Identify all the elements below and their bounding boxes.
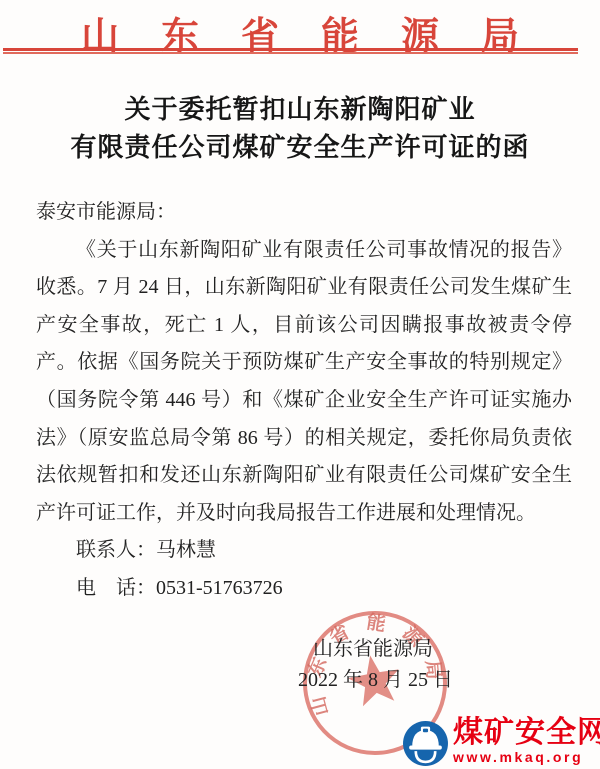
contact-phone-line: 电 话：0531-51763726	[36, 570, 572, 608]
watermark-site-name: 煤矿安全网	[453, 717, 600, 749]
signature-org-name: 山东省能源局	[313, 632, 433, 661]
document-page: 山东省能源局 关于委托暂扣山东新陶阳矿业 有限责任公司煤矿安全生产许可证的函 泰…	[0, 0, 600, 769]
document-title-line2: 有限责任公司煤矿安全生产许可证的函	[0, 129, 600, 167]
site-watermark: 煤矿安全网 www.mkaq.org	[402, 717, 600, 767]
salutation: 泰安市能源局：	[36, 194, 572, 232]
signature-date: 2022 年 8 月 25 日	[298, 663, 453, 692]
watermark-site-url: www.mkaq.org	[453, 749, 600, 766]
watermark-text: 煤矿安全网 www.mkaq.org	[453, 717, 600, 766]
letterhead-rule	[3, 48, 578, 54]
body-paragraph: 《关于山东新陶阳矿业有限责任公司事故情况的报告》收悉。7 月 24 日，山东新陶…	[36, 232, 572, 533]
document-body: 泰安市能源局： 《关于山东新陶阳矿业有限责任公司事故情况的报告》收悉。7 月 2…	[36, 194, 572, 608]
miner-helmet-icon	[402, 720, 449, 767]
document-title: 关于委托暂扣山东新陶阳矿业 有限责任公司煤矿安全生产许可证的函	[0, 91, 600, 167]
document-title-line1: 关于委托暂扣山东新陶阳矿业	[0, 91, 600, 129]
contact-person-line: 联系人：马林慧	[36, 532, 572, 570]
